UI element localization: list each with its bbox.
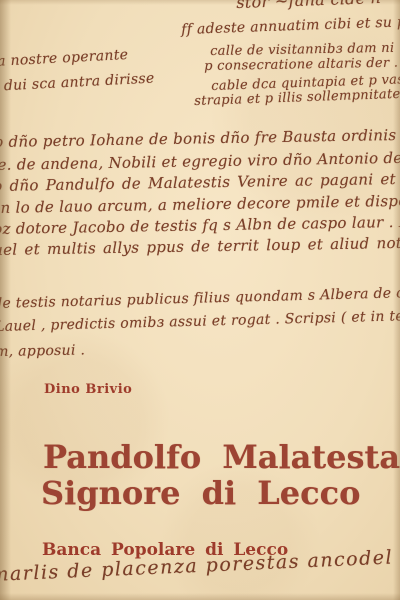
title-line-2: Signore di Lecco [41, 474, 360, 512]
bottom-edge-shadow [0, 593, 400, 600]
manuscript-line: o dui sca antra dirisse [0, 70, 155, 95]
manuscript-line: ia nostre operante [0, 47, 129, 70]
title-line-1: Pandolfo Malatesta [43, 438, 400, 476]
manuscript-line: o dño Pandulfo de Malatestis Venire ac p… [0, 169, 400, 195]
manuscript-line: uel et multis allys ppus de territ loup … [0, 234, 400, 259]
manuscript-line: p consecratione altaris der . [204, 56, 398, 74]
manuscript-line: stor ~fana cide h [236, 0, 382, 12]
manuscript-line: de testis notarius publicus filius quond… [0, 284, 400, 312]
manuscript-line: ff adeste annuatim cibi et su p [181, 14, 400, 38]
manuscript-line: o dño petro Iohane de bonis dño fre Baus… [0, 125, 400, 151]
author-name: Dino Brivio [44, 382, 132, 397]
manuscript-line: m, apposui . [0, 342, 85, 360]
manuscript-line: Lauel , predictis omibз assui et rogat .… [0, 308, 400, 335]
book-cover: stor ~fana cide h ff adeste annuatim cib… [0, 0, 400, 600]
publisher-name: Banca Popolare di Lecco [42, 540, 288, 560]
